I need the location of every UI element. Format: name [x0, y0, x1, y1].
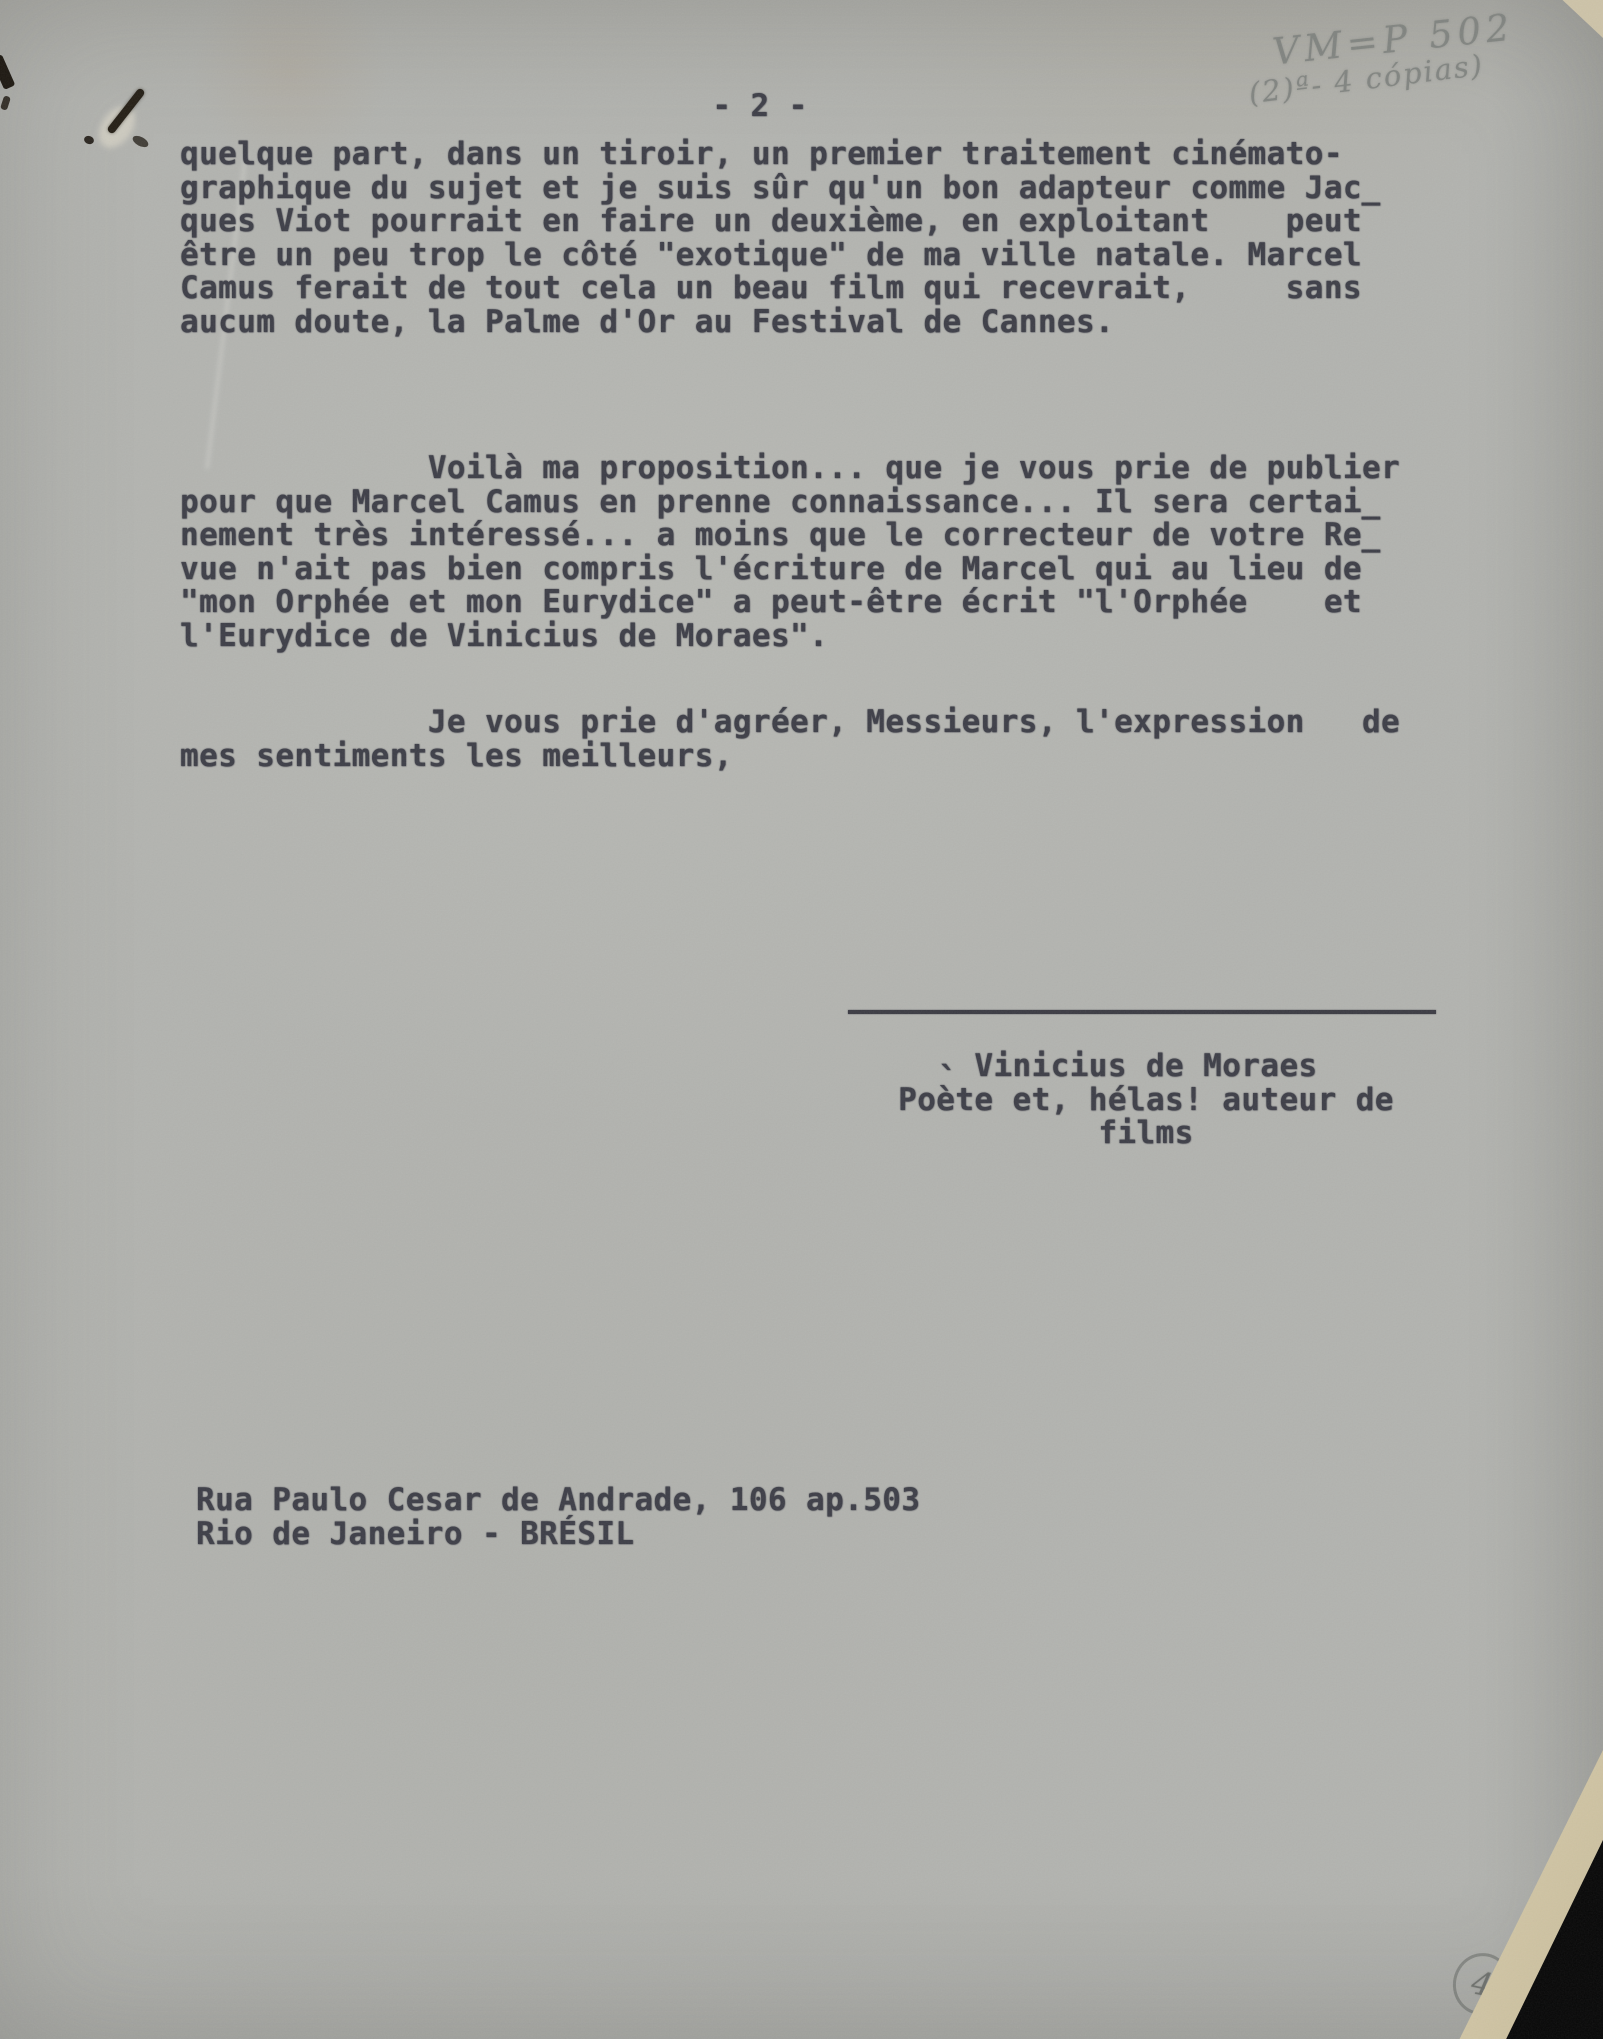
typed-line: Je vous prie d'agréer, Messieurs, l'expr…: [180, 706, 1400, 740]
typed-line: Rio de Janeiro - BRÉSIL: [196, 1518, 920, 1552]
typed-line: pour que Marcel Camus en prenne connaiss…: [180, 486, 1400, 520]
typed-line: mes sentiments les meilleurs,: [180, 740, 1400, 774]
typed-line: être un peu trop le côté "exotique" de m…: [180, 239, 1381, 273]
typed-line: ques Viot pourrait en faire un deuxième,…: [180, 205, 1381, 239]
typed-line: Poète et, hélas! auteur de: [880, 1084, 1412, 1118]
typed-line: graphique du sujet et je suis sûr qu'un …: [180, 172, 1381, 206]
typed-line: quelque part, dans un tiroir, un premier…: [180, 138, 1381, 172]
typed-line: Vinicius de Moraes: [880, 1050, 1412, 1084]
paragraph-one: quelque part, dans un tiroir, un premier…: [180, 138, 1381, 339]
typed-line: nement très intéressé... a moins que le …: [180, 519, 1400, 553]
paragraph-two: Voilà ma proposition... que je vous prie…: [180, 452, 1400, 653]
typed-line: vue n'ait pas bien compris l'écriture de…: [180, 553, 1400, 587]
signature-block: Vinicius de MoraesPoète et, hélas! auteu…: [880, 1050, 1412, 1151]
scanned-letter-page: - 2 - quelque part, dans un tiroir, un p…: [0, 0, 1603, 2039]
page-number: - 2 -: [180, 88, 1340, 124]
typed-line: l'Eurydice de Vinicius de Moraes".: [180, 620, 1400, 654]
typed-line: "mon Orphée et mon Eurydice" a peut-être…: [180, 586, 1400, 620]
typed-line: Voilà ma proposition... que je vous prie…: [180, 452, 1400, 486]
typed-line: films: [880, 1117, 1412, 1151]
signature-rule: [848, 1010, 1436, 1014]
typed-line: Camus ferait de tout cela un beau film q…: [180, 272, 1381, 306]
sender-address-block: Rua Paulo Cesar de Andrade, 106 ap.503Ri…: [196, 1484, 920, 1551]
typed-line: Rua Paulo Cesar de Andrade, 106 ap.503: [196, 1484, 920, 1518]
typed-line: aucum doute, la Palme d'Or au Festival d…: [180, 306, 1381, 340]
closing-paragraph: Je vous prie d'agréer, Messieurs, l'expr…: [180, 706, 1400, 773]
